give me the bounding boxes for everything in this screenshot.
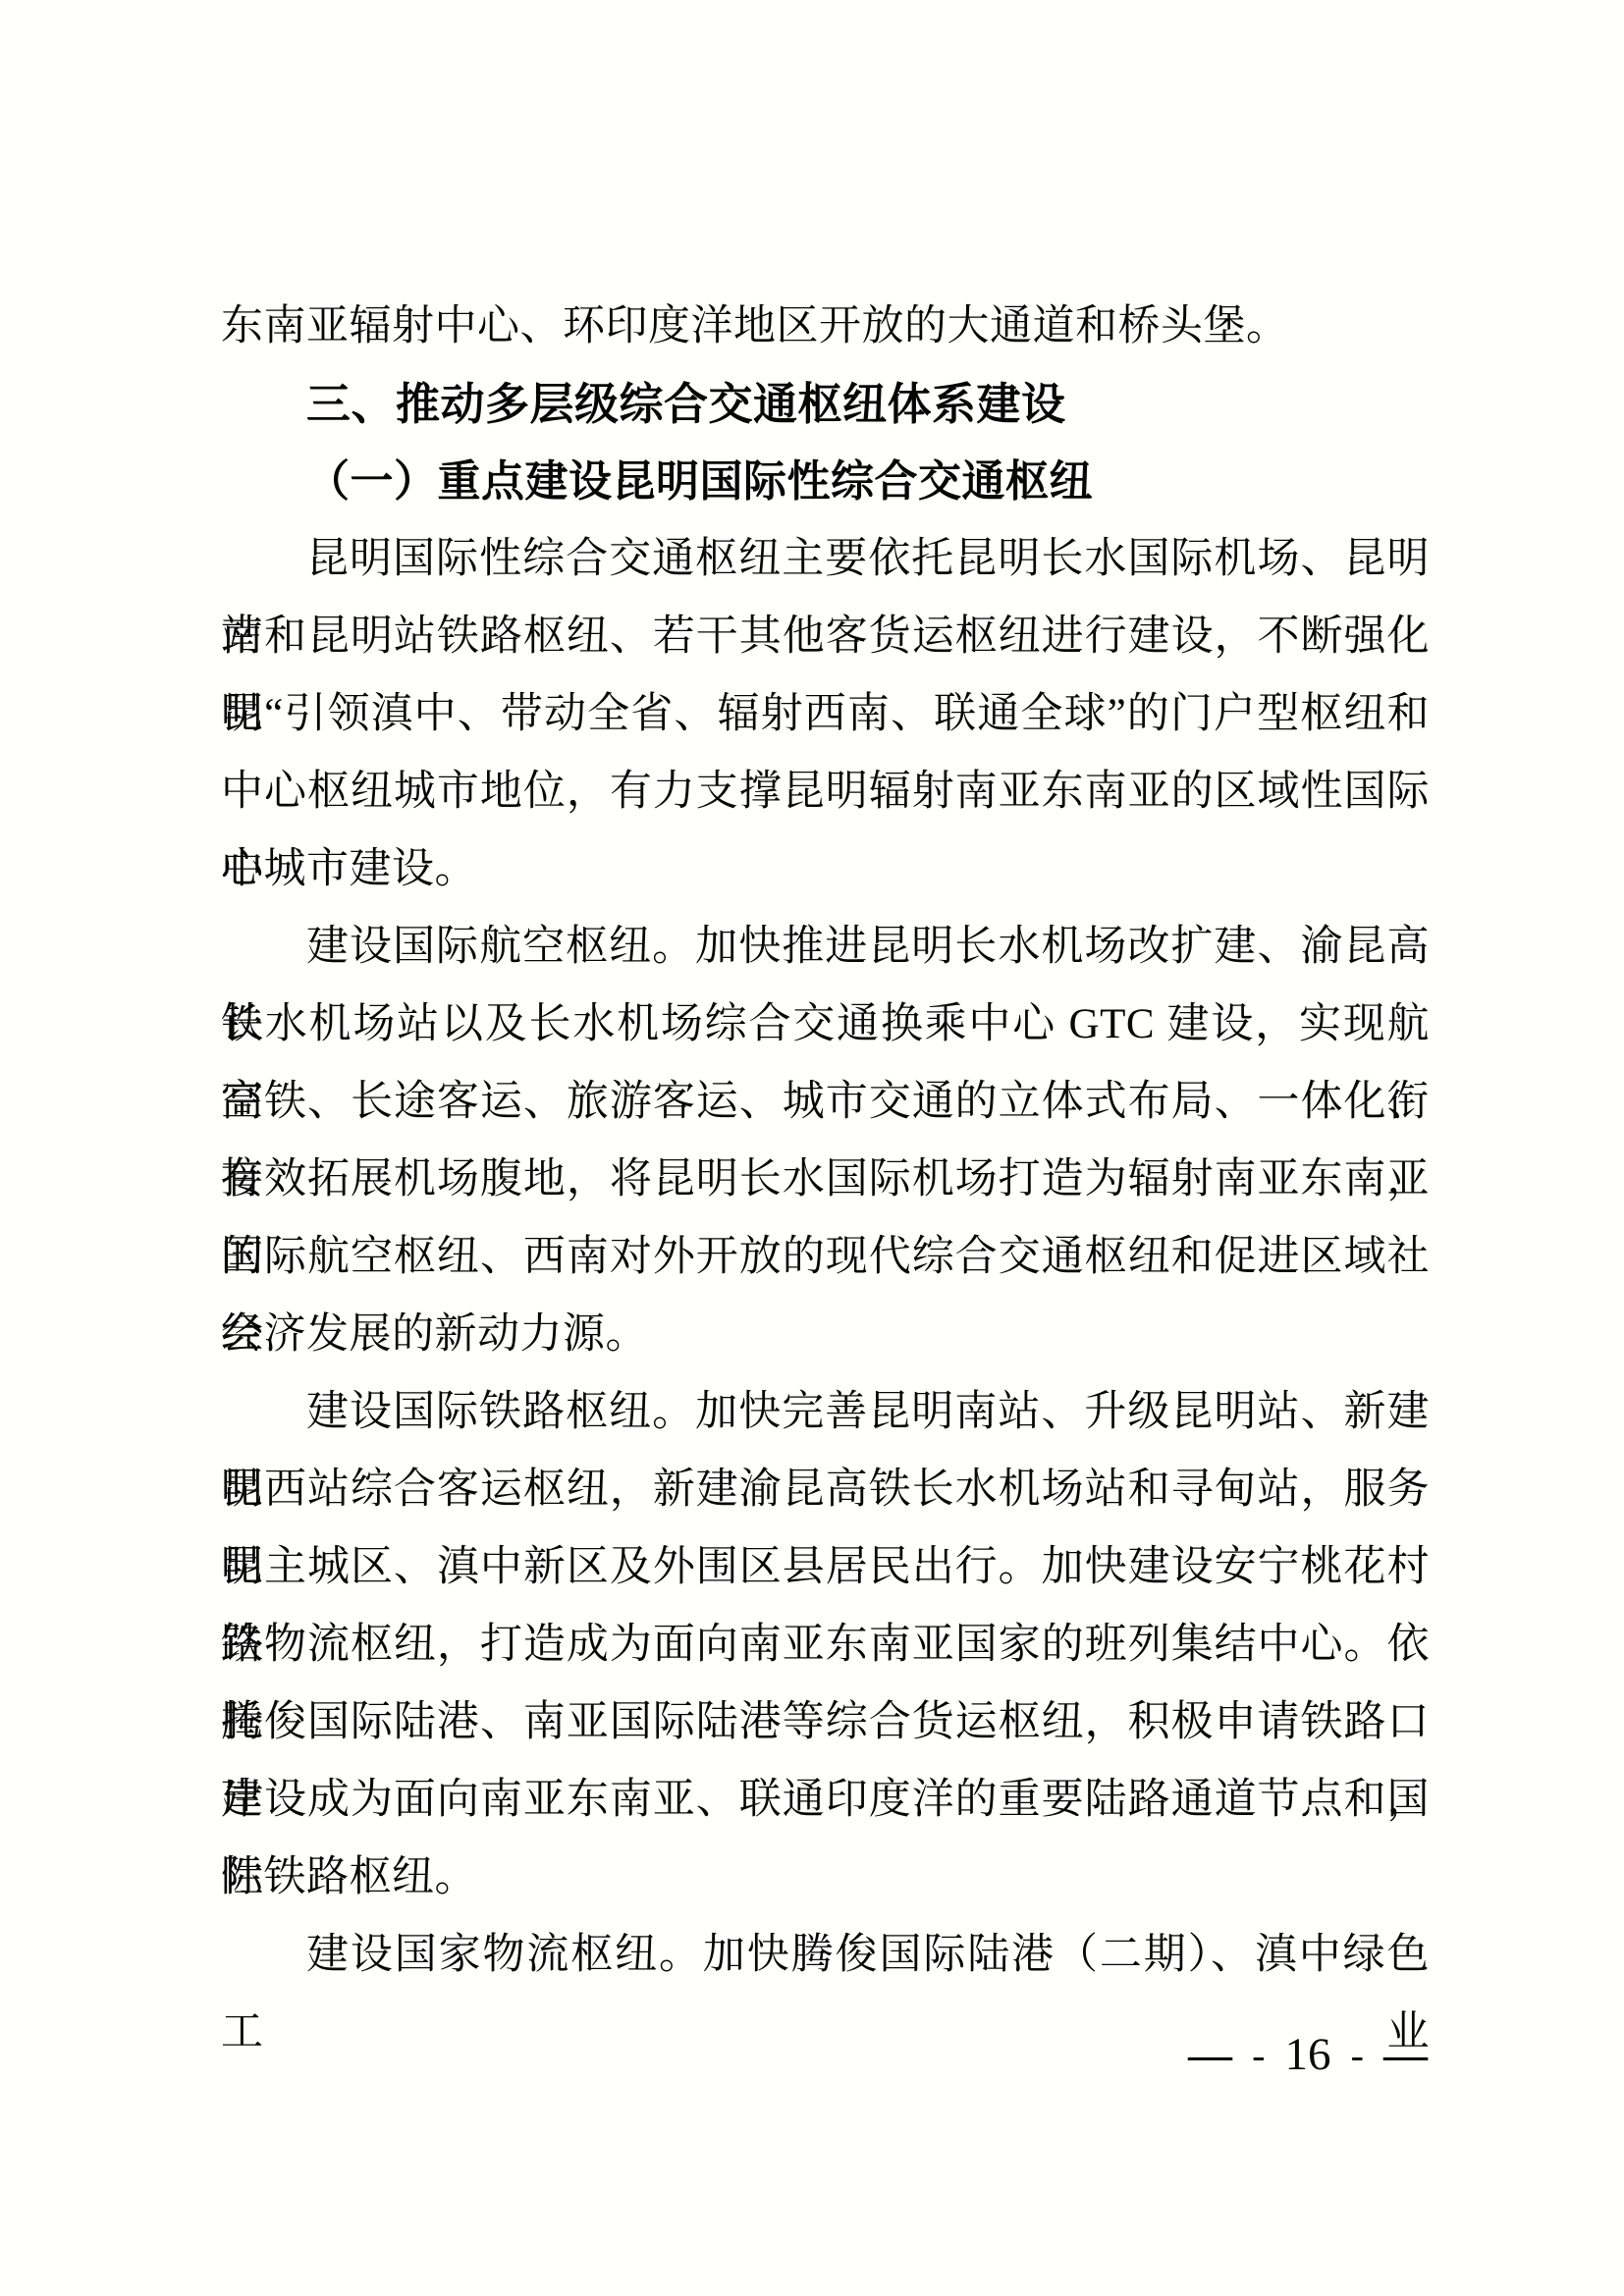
footer-separator-left: -: [1252, 2032, 1265, 2078]
body-text-line: 高铁、长途客运、旅游客运、城市交通的立体式布局、一体化衔接，: [221, 1063, 1430, 1141]
page-footer: — - 16 - —: [1188, 2020, 1428, 2089]
body-text-line: 国际航空枢纽、西南对外开放的现代综合交通枢纽和促进区域社会: [221, 1218, 1430, 1296]
body-text-line: 路物流枢纽，打造成为面向南亚东南亚国家的班列集结中心。依托: [221, 1606, 1430, 1683]
section-heading: 三、推动多层级综合交通枢纽体系建设: [221, 365, 1430, 443]
subsection-heading: （一）重点建设昆明国际性综合交通枢纽: [221, 443, 1430, 520]
body-text-line: 腾俊国际陆港、南亚国际陆港等综合货运枢纽，积极申请铁路口岸，: [221, 1683, 1430, 1761]
body-text-line: 建设国际航空枢纽。加快推进昆明长水机场改扩建、渝昆高铁: [221, 908, 1430, 986]
body-text-line: 性铁路枢纽。: [221, 1839, 1430, 1916]
body-text-line: 建设成为面向南亚东南亚、联通印度洋的重要陆路通道节点和国际: [221, 1761, 1430, 1839]
document-page: 东南亚辐射中心、环印度洋地区开放的大通道和桥头堡。三、推动多层级综合交通枢纽体系…: [0, 0, 1624, 2296]
body-text-line: 中心枢纽城市地位，有力支撑昆明辐射南亚东南亚的区域性国际中: [221, 753, 1430, 830]
body-text-line: 站和昆明站铁路枢纽、若干其他客货运枢纽进行建设，不断强化昆: [221, 598, 1430, 675]
document-body: 东南亚辐射中心、环印度洋地区开放的大通道和桥头堡。三、推动多层级综合交通枢纽体系…: [221, 288, 1430, 1994]
body-text-line: 长水机场站以及长水机场综合交通换乘中心 GTC 建设，实现航空、: [221, 986, 1430, 1063]
body-text-line: 明“引领滇中、带动全省、辐射西南、联通全球”的门户型枢纽和: [221, 675, 1430, 753]
body-text-line: 建设国际铁路枢纽。加快完善昆明南站、升级昆明站、新建昆: [221, 1373, 1430, 1451]
body-text-line: 明西站综合客运枢纽，新建渝昆高铁长水机场站和寻甸站，服务昆: [221, 1451, 1430, 1528]
body-text-line: 建设国家物流枢纽。加快腾俊国际陆港（二期）、滇中绿色工业: [221, 1916, 1430, 1994]
footer-dash-left: —: [1188, 2029, 1232, 2080]
footer-separator-right: -: [1351, 2032, 1364, 2078]
body-text-line: 有效拓展机场腹地，将昆明长水国际机场打造为辐射南亚东南亚的: [221, 1141, 1430, 1218]
body-text-line: 明主城区、滇中新区及外围区县居民出行。加快建设安宁桃花村铁: [221, 1528, 1430, 1606]
footer-dash-right: —: [1383, 2029, 1428, 2080]
footer-page-number: 16: [1284, 2028, 1330, 2081]
body-text-line: 心城市建设。: [221, 830, 1430, 908]
body-text-line: 经济发展的新动力源。: [221, 1296, 1430, 1373]
body-text-line: 东南亚辐射中心、环印度洋地区开放的大通道和桥头堡。: [221, 288, 1430, 365]
body-text-line: 昆明国际性综合交通枢纽主要依托昆明长水国际机场、昆明南: [221, 520, 1430, 598]
